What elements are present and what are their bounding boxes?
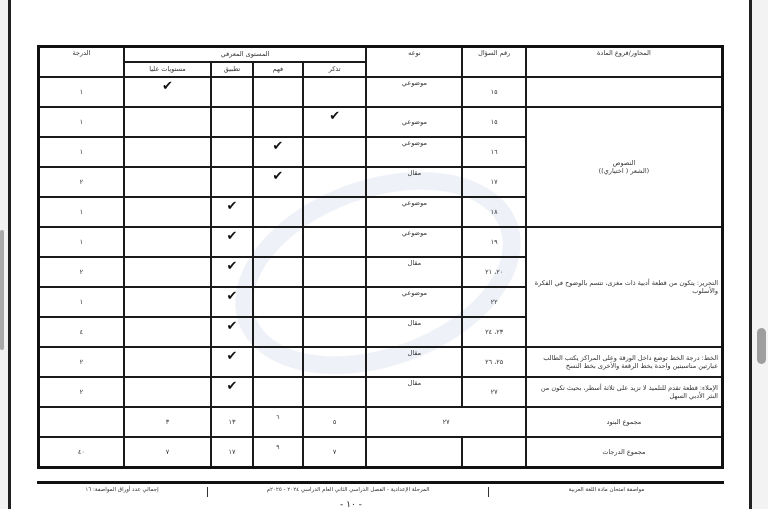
question-no: ٢٢ <box>462 287 525 317</box>
totals-grades-empty <box>462 437 525 468</box>
check-icon: ✔ <box>227 289 238 306</box>
header-level-understand: فهم <box>253 62 303 77</box>
check-icon: ✔ <box>227 319 238 336</box>
level-remember <box>303 77 366 107</box>
check-icon: ✔ <box>329 109 340 126</box>
footer-subject: مواصفة امتحان مادة اللغة العربية <box>489 487 724 499</box>
level-apply <box>211 167 253 197</box>
level-remember <box>303 137 366 167</box>
question-no: ١٥ <box>462 77 525 107</box>
footer-page-count: إجمالي عدد أوراق المواصفة: ١٦ <box>37 487 207 499</box>
totals-items-count: ٢٧ <box>366 407 526 437</box>
totals-grades-label: مجموع الدرجات <box>526 437 723 468</box>
footer-separator <box>207 487 208 497</box>
question-no: ٢٥، ٢٦ <box>462 347 525 377</box>
level-apply: ✔ <box>211 347 253 377</box>
axis-composition: التحرير: يتكون من قطعة أدبية ذات مغزى، ت… <box>526 227 723 347</box>
level-remember: ✔ <box>303 107 366 137</box>
level-understand <box>253 287 303 317</box>
level-understand <box>253 347 303 377</box>
question-no: ٢٠، ٢١ <box>462 257 525 287</box>
table-row: الخط: درجة الخط توضع داخل الورقة وعلى ال… <box>39 347 723 377</box>
totals-grades-apply: ١٧ <box>211 437 253 468</box>
totals-items-label: مجموع البنود <box>526 407 723 437</box>
level-apply: ✔ <box>211 257 253 287</box>
level-apply: ✔ <box>211 197 253 227</box>
question-type: مقال <box>366 257 462 287</box>
totals-grades-remember: ٧ <box>303 437 366 468</box>
header-type: نوعه <box>366 47 462 78</box>
question-type: موضوعي <box>366 287 462 317</box>
grade: ٢ <box>39 347 124 377</box>
level-understand <box>253 257 303 287</box>
check-icon: ✔ <box>227 229 238 246</box>
level-higher <box>124 287 211 317</box>
totals-items-remember: ٥ <box>303 407 366 437</box>
grade: ١ <box>39 77 124 107</box>
level-remember <box>303 287 366 317</box>
header-cognitive-level: المستوى المعرفي <box>124 47 367 63</box>
question-no: ١٦ <box>462 137 525 167</box>
table-row: ١٥ موضوعي ✔ ١ <box>39 77 723 107</box>
level-higher <box>124 227 211 257</box>
totals-items-row: مجموع البنود ٢٧ ٥ ٦ ١٣ ٣ <box>39 407 723 437</box>
header-question-no: رقم السؤال <box>462 47 525 78</box>
level-remember <box>303 197 366 227</box>
exam-specification-table: المحاور/فروع المادة رقم السؤال نوعه المس… <box>37 45 724 469</box>
footer-separator <box>488 487 489 497</box>
level-understand <box>253 377 303 407</box>
question-type: مقال <box>366 377 462 407</box>
level-apply: ✔ <box>211 317 253 347</box>
grade: ١ <box>39 137 124 167</box>
grade: ٤ <box>39 317 124 347</box>
question-no: ٢٣، ٢٤ <box>462 317 525 347</box>
check-icon: ✔ <box>227 259 238 276</box>
level-remember <box>303 317 366 347</box>
question-no: ١٥ <box>462 107 525 137</box>
question-no: ١٨ <box>462 197 525 227</box>
level-apply: ✔ <box>211 377 253 407</box>
level-remember <box>303 347 366 377</box>
question-no: ١٧ <box>462 167 525 197</box>
question-type: موضوعي <box>366 77 462 107</box>
totals-grades-higher: ٧ <box>124 437 211 468</box>
check-icon: ✔ <box>227 379 238 396</box>
level-apply: ✔ <box>211 227 253 257</box>
totals-grades-empty <box>366 437 462 468</box>
header-level-apply: تطبيق <box>211 62 253 77</box>
level-higher <box>124 257 211 287</box>
footer-divider <box>37 481 724 484</box>
level-higher <box>124 167 211 197</box>
totals-grades-row: مجموع الدرجات ٧ ٩ ١٧ ٧ ٤٠ <box>39 437 723 468</box>
question-type: مقال <box>366 347 462 377</box>
level-higher <box>124 107 211 137</box>
axis-empty <box>526 77 723 107</box>
level-higher <box>124 197 211 227</box>
grade: ١ <box>39 227 124 257</box>
level-apply: ✔ <box>211 287 253 317</box>
header-grade: الدرجة <box>39 47 124 78</box>
level-higher <box>124 377 211 407</box>
level-apply <box>211 137 253 167</box>
totals-items-higher: ٣ <box>124 407 211 437</box>
level-remember <box>303 377 366 407</box>
level-understand <box>253 77 303 107</box>
totals-grades-total: ٤٠ <box>39 437 124 468</box>
totals-items-understand: ٦ <box>253 407 303 437</box>
level-understand <box>253 197 303 227</box>
level-remember <box>303 257 366 287</box>
level-understand <box>253 227 303 257</box>
page-number: - ١٠ - <box>340 500 362 509</box>
table-row: الإملاء: قطعة تقدم للتلميذ لا تزيد على ث… <box>39 377 723 407</box>
table-row: النصوص (الشعر ( اختياري)) ١٥ موضوعي ✔ ١ <box>39 107 723 137</box>
question-type: مقال <box>366 167 462 197</box>
axis-dictation: الإملاء: قطعة تقدم للتلميذ لا تزيد على ث… <box>526 377 723 407</box>
axis-handwriting: الخط: درجة الخط توضع داخل الورقة وعلى ال… <box>526 347 723 377</box>
question-type: موضوعي <box>366 197 462 227</box>
level-remember <box>303 227 366 257</box>
question-type: مقال <box>366 317 462 347</box>
level-understand: ✔ <box>253 167 303 197</box>
header-level-higher: مستويات عليا <box>124 62 211 77</box>
grade: ١ <box>39 197 124 227</box>
totals-items-grade <box>39 407 124 437</box>
grade: ٢ <box>39 257 124 287</box>
grade: ١ <box>39 287 124 317</box>
header-axis: المحاور/فروع المادة <box>526 47 723 78</box>
level-higher: ✔ <box>124 77 211 107</box>
level-understand <box>253 317 303 347</box>
check-icon: ✔ <box>162 79 173 96</box>
level-understand: ✔ <box>253 137 303 167</box>
check-icon: ✔ <box>272 169 283 186</box>
level-apply <box>211 77 253 107</box>
vertical-scrollbar-thumb[interactable] <box>757 328 766 364</box>
page-footer: مواصفة امتحان مادة اللغة العربية المرحلة… <box>37 487 724 499</box>
table-row: التحرير: يتكون من قطعة أدبية ذات مغزى، ت… <box>39 227 723 257</box>
axis-texts-poetry: النصوص (الشعر ( اختياري)) <box>526 107 723 227</box>
question-no: ٢٧ <box>462 377 525 407</box>
level-understand <box>253 107 303 137</box>
grade: ١ <box>39 107 124 137</box>
question-type: موضوعي <box>366 137 462 167</box>
question-no: ١٩ <box>462 227 525 257</box>
grade: ٢ <box>39 377 124 407</box>
level-remember <box>303 167 366 197</box>
footer-term: المرحلة الإعدادية - الفصل الدراسي الثاني… <box>208 487 488 499</box>
left-scroll-handle[interactable] <box>0 230 4 350</box>
question-type: موضوعي <box>366 227 462 257</box>
grade: ٢ <box>39 167 124 197</box>
check-icon: ✔ <box>227 199 238 216</box>
check-icon: ✔ <box>227 349 238 366</box>
level-higher <box>124 347 211 377</box>
question-type: موضوعي <box>366 107 462 137</box>
header-level-remember: تذكر <box>303 62 366 77</box>
totals-grades-understand: ٩ <box>253 437 303 468</box>
level-higher <box>124 137 211 167</box>
check-icon: ✔ <box>272 139 283 156</box>
level-apply <box>211 107 253 137</box>
totals-items-apply: ١٣ <box>211 407 253 437</box>
level-higher <box>124 317 211 347</box>
